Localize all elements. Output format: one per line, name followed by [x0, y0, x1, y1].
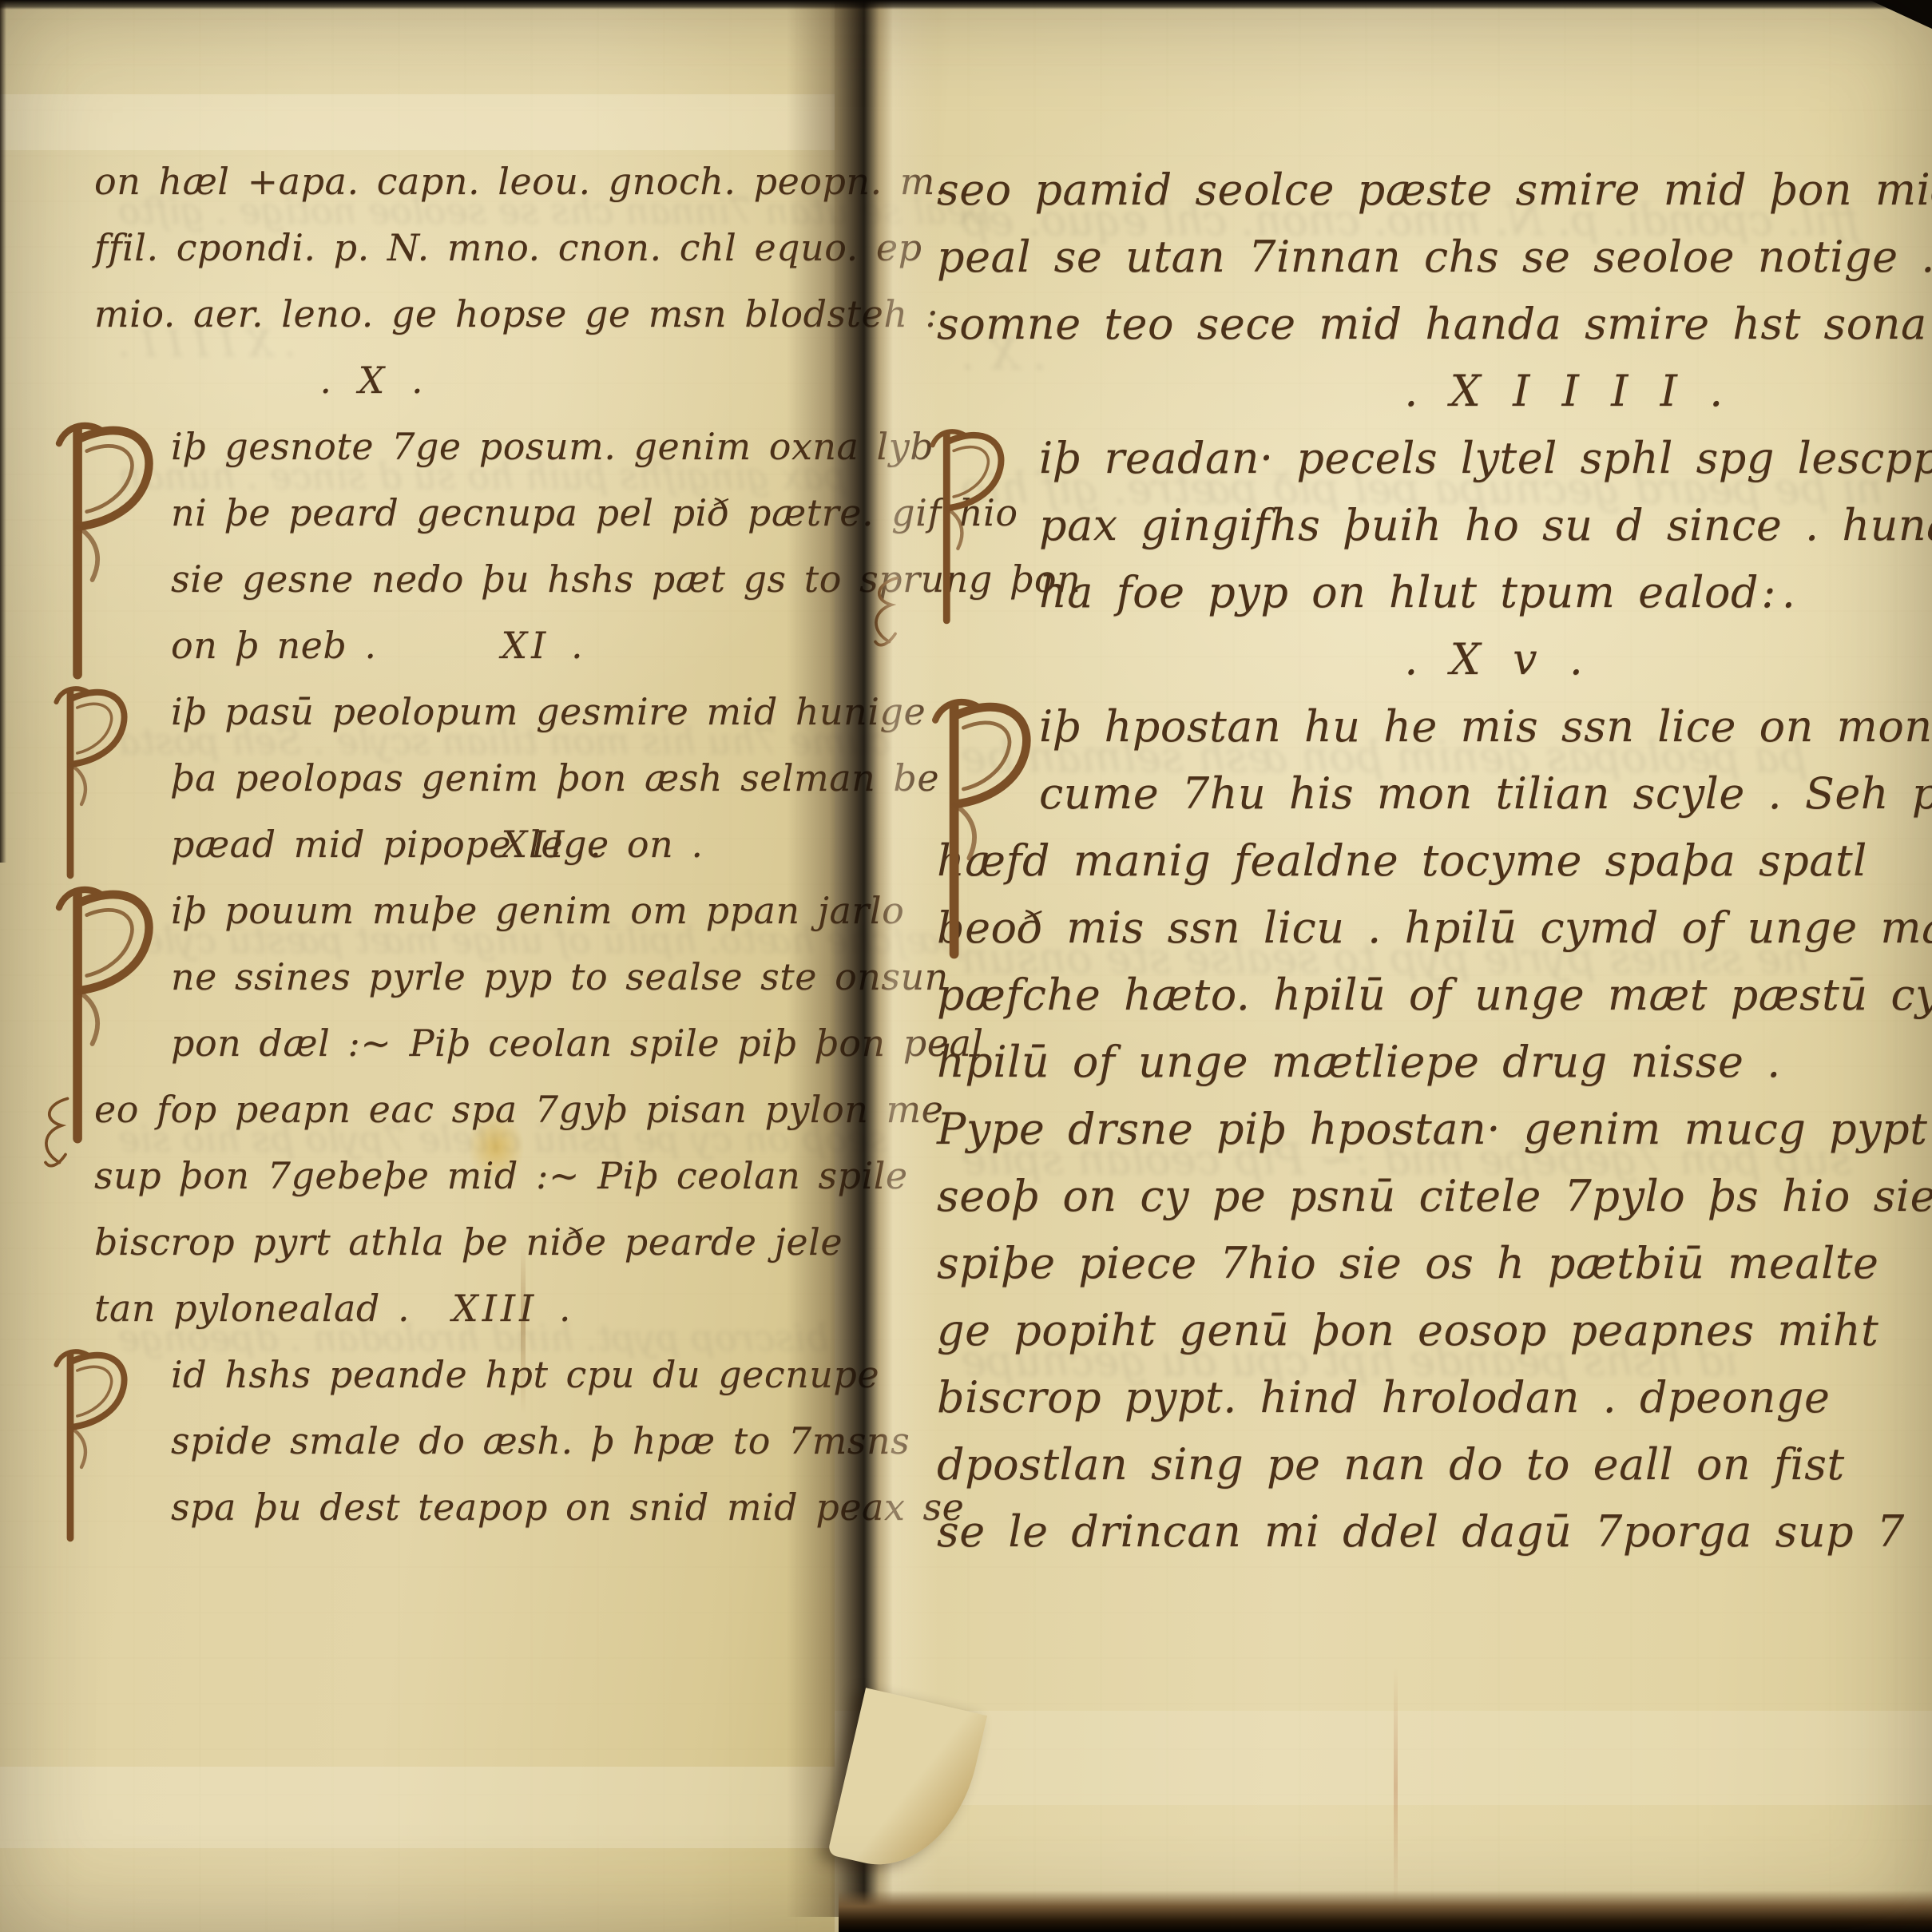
line-text: cume 7hu his mon tilian scyle . Seh post… — [1039, 768, 1932, 819]
line-text: on þ neb . — [171, 624, 377, 667]
chapter-numeral: XI . — [501, 624, 586, 667]
manuscript-text-line: pax gingifhs þuih ho su d since . hunan — [937, 500, 1874, 550]
manuscript-text-line: pæfche hæto. hpilū of unge mæt pæstū cyl… — [937, 970, 1771, 1020]
line-text: seoþ on cy pe psnū citele 7pylo þs hio s… — [937, 1171, 1932, 1221]
line-text: þa peolopas genim þon æsh selman be — [171, 756, 939, 799]
chapter-numeral: XII . — [501, 823, 605, 866]
chapter-numeral: . X I I I I . — [937, 366, 1932, 416]
left-page: on hæl +apa. capn. leou. gnoch. peopn. m… — [0, 0, 835, 1932]
line-text: seo pamid seolce pæste smire mid þon mid… — [937, 165, 1932, 215]
line-text: pon dæl :~ Piþ ceolan spile piþ þon peal — [171, 1022, 984, 1065]
line-text: iþ readan· pecels lytel sphl spg lescppe… — [1039, 433, 1932, 483]
line-text: iþ pasū peolopum gesmire mid hunige — [171, 690, 926, 733]
line-text: ge popiht genū þon eosop peapnes miht — [937, 1305, 1878, 1355]
right-page: seo pamid seolce pæste smire mid þon mid… — [835, 0, 1932, 1932]
line-text: iþ pouum muþe genim om ppan jarlo — [171, 889, 904, 932]
line-text: dpostlan sing pe nan do to eall on fist — [937, 1439, 1845, 1490]
manuscript-text-line: beoð mis ssn licu . hpilū cymd of unge m… — [937, 903, 1771, 953]
manuscript-text-line: iþ pouum muþe genim om ppan jarlo — [94, 889, 730, 932]
manuscript-text-line: iþ pasū peolopum gesmire mid hunige — [94, 690, 730, 733]
line-text: se le drincan mi ddel dagū 7porga sup 7 — [937, 1506, 1905, 1557]
line-text: ffil. cpondi. p. N. mno. cnon. chl equo.… — [94, 226, 922, 269]
manuscript-text-line: hæfd manig fealdne tocyme spaþa spatl — [937, 835, 1771, 886]
line-text: spiþe piece 7hio sie os h pætbiū mealte — [937, 1238, 1879, 1288]
chapter-numeral: XIII . — [452, 1287, 575, 1330]
line-text: mio. aer. leno. ge hopse ge msn blodsteh… — [94, 292, 938, 335]
decorated-initial-wynn — [924, 425, 1009, 626]
chapter-numeral: . X . — [94, 359, 653, 402]
line-text: ne ssines pyrle pyp to sealse ste onsun — [171, 955, 949, 998]
manuscript-text-line: on hæl +apa. capn. leou. gnoch. peopn. m… — [94, 160, 653, 203]
manuscript-text-line: þa peolopas genim þon æsh selman be — [94, 756, 730, 799]
parchment-repair-band — [0, 1767, 835, 1848]
decorated-initial-wynn — [48, 682, 132, 881]
manuscript-text-line: ha foe pyp on hlut tpum ealod .: — [937, 567, 1874, 617]
line-text: id hshs peande hpt cpu du gecnupe — [171, 1353, 879, 1396]
manuscript-text-line: iþ readan· pecels lytel sphl spg lescppe… — [937, 433, 1874, 483]
manuscript-photo: on hæl +apa. capn. leou. gnoch. peopn. m… — [0, 0, 1932, 1932]
manuscript-text-line: sie gesne nedo þu hshs pæt gs to sprung … — [94, 557, 730, 601]
manuscript-text-line: mio. aer. leno. ge hopse ge msn blodsteh… — [94, 292, 653, 335]
line-text: . X . — [319, 359, 427, 402]
manuscript-text-line: ffil. cpondi. p. N. mno. cnon. chl equo.… — [94, 226, 653, 269]
manuscript-text-line: ni þe peard gecnupa pel pið pætre. gif h… — [94, 491, 730, 534]
photo-corner-topright — [1870, 0, 1932, 29]
line-text: iþ gesnote 7ge posum. genim oxna lyb — [171, 425, 934, 468]
manuscript-text-line: pon dæl :~ Piþ ceolan spile piþ þon peal — [94, 1022, 730, 1065]
line-text: hpilū of unge mætliepe drug nisse . — [937, 1037, 1781, 1087]
line-text: spide smale do æsh. þ hpæ to 7msns — [171, 1419, 910, 1462]
book-bottom-edge — [839, 1890, 1932, 1932]
manuscript-text-line: ne ssines pyrle pyp to sealse ste onsun — [94, 955, 730, 998]
chapter-numeral: . X v . — [937, 634, 1932, 684]
manuscript-text-line: seo pamid seolce pæste smire mid þon mid… — [937, 165, 1771, 215]
manuscript-text-line: ge popiht genū þon eosop peapnes miht — [937, 1305, 1771, 1355]
manuscript-text-line: dpostlan sing pe nan do to eall on fist — [937, 1439, 1771, 1490]
line-text: sup þon 7gebeþe mid :~ Piþ ceolan spile — [94, 1154, 908, 1197]
line-text: . X I I I I . — [1404, 366, 1728, 416]
line-text: pax gingifhs þuih ho su d since . hunan — [1039, 500, 1932, 550]
line-text: pæad mid pipope lege on . — [171, 823, 703, 866]
line-text: . X v . — [1404, 634, 1588, 684]
chapter-numeral: : — [1761, 567, 1779, 617]
line-text: pæfche hæto. hpilū of unge mæt pæstū cyl… — [937, 970, 1932, 1020]
manuscript-text-line: somne teo sece mid handa smire hst sona … — [937, 299, 1771, 349]
manuscript-text-line: on þ neb .XI . — [94, 624, 730, 667]
line-text: hæfd manig fealdne tocyme spaþa spatl — [937, 835, 1867, 886]
manuscript-text-line: cume 7hu his mon tilian scyle . Seh post… — [937, 768, 1874, 819]
manuscript-text-line: iþ gesnote 7ge posum. genim oxna lyb — [94, 425, 730, 468]
manuscript-text-line: biscrop pypt. hind hrolodan . dpeonge — [937, 1372, 1771, 1422]
line-text: peal se utan 7innan chs se seoloe notige… — [937, 232, 1932, 282]
manuscript-text-line: spiþe piece 7hio sie os h pætbiū mealte — [937, 1238, 1771, 1288]
manuscript-text-line: se le drincan mi ddel dagū 7porga sup 7 — [937, 1506, 1771, 1557]
manuscript-text-line: tan pylonealad .XIII . — [94, 1287, 653, 1330]
marginal-mark — [867, 572, 908, 662]
line-text: iþ hpostan hu he mis ssn lice on mon be — [1039, 701, 1932, 752]
line-text: somne teo sece mid handa smire hst sona … — [937, 299, 1932, 349]
line-text: tan pylonealad . — [94, 1287, 410, 1330]
manuscript-text-line: biscrop pyrt athla þe niðe pearde jele — [94, 1220, 653, 1264]
decorated-initial-wynn — [48, 1345, 132, 1544]
line-text: beoð mis ssn licu . hpilū cymd of unge m… — [937, 903, 1932, 953]
photo-edge-left — [0, 0, 6, 863]
line-text: spa þu dest teapop on snid mid peax se — [171, 1486, 964, 1529]
decorated-initial-wynn — [924, 693, 1037, 962]
manuscript-text-line: iþ hpostan hu he mis ssn lice on mon be — [937, 701, 1874, 752]
line-text: Pype drsne piþ hpostan· genim mucg pypt — [937, 1104, 1927, 1154]
line-text: biscrop pypt. hind hrolodan . dpeonge — [937, 1372, 1830, 1422]
line-text: biscrop pyrt athla þe niðe pearde jele — [94, 1220, 843, 1264]
line-text: ha foe pyp on hlut tpum ealod . — [1039, 567, 1795, 617]
line-text: ni þe peard gecnupa pel pið pætre. gif h… — [171, 491, 1018, 534]
manuscript-text-line: id hshs peande hpt cpu du gecnupe — [94, 1353, 730, 1396]
decorated-initial-wynn — [48, 417, 159, 682]
manuscript-text-line: peal se utan 7innan chs se seoloe notige… — [937, 232, 1771, 282]
photo-edge-top — [0, 0, 1932, 10]
marginal-mark — [37, 1093, 78, 1181]
parchment-repair-band — [835, 1711, 1932, 1805]
manuscript-text-line: hpilū of unge mætliepe drug nisse . — [937, 1037, 1771, 1087]
manuscript-text-line: spide smale do æsh. þ hpæ to 7msns — [94, 1419, 730, 1462]
line-text: on hæl +apa. capn. leou. gnoch. peopn. m… — [94, 160, 947, 203]
manuscript-text-line: seoþ on cy pe psnū citele 7pylo þs hio s… — [937, 1171, 1771, 1221]
manuscript-text-line: spa þu dest teapop on snid mid peax se — [94, 1486, 730, 1529]
parchment-light-band — [0, 94, 835, 150]
manuscript-text-line: pæad mid pipope lege on .XII . — [94, 823, 730, 866]
manuscript-text-line: sup þon 7gebeþe mid :~ Piþ ceolan spile — [94, 1154, 653, 1197]
parchment-streak — [1394, 1668, 1398, 1907]
line-text: eo fop peapn eac spa 7gyþ pisan pylon me — [94, 1088, 943, 1131]
manuscript-text-line: Pype drsne piþ hpostan· genim mucg pypt — [937, 1104, 1771, 1154]
manuscript-text-line: eo fop peapn eac spa 7gyþ pisan pylon me — [94, 1088, 653, 1131]
